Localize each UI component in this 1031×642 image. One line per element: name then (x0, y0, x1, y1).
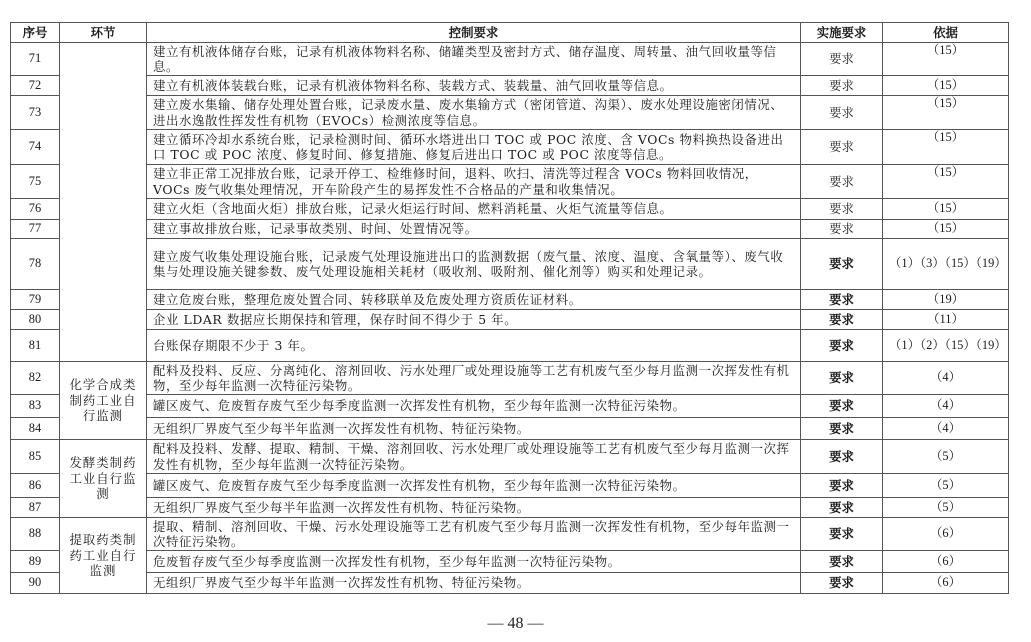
row-no: 86 (11, 474, 60, 498)
table-row: 82 化学合成类制药工业自行监测 配料及投料、反应、分离纯化、溶剂回收、污水处理… (11, 362, 1009, 395)
row-no: 89 (11, 551, 60, 573)
header-basis: 依据 (883, 23, 1009, 43)
table-row: 90 无组织厂界废气至少每半年监测一次挥发性有机物、特征污染物。 要求 （6） (11, 573, 1009, 594)
row-no: 74 (11, 130, 60, 165)
table-row: 74 建立循环冷却水系统台账，记录检测时间、循环水塔进出口 TOC 或 POC … (11, 130, 1009, 165)
requirements-table: 序号 环节 控制要求 实施要求 依据 71 建立有机液体储存台账，记录有机液体物… (10, 22, 1009, 594)
row-implementation: 要求 (801, 290, 883, 310)
row-basis: （4） (883, 418, 1009, 440)
table-row: 80 企业 LDAR 数据应长期保持和管理，保存时间不得少于 5 年。 要求 （… (11, 310, 1009, 330)
row-requirement: 建立废气收集处理设施台账，记录废气处理设施进出口的监测数据（废气量、浓度、温度、… (147, 239, 801, 290)
header-requirement: 控制要求 (147, 23, 801, 43)
row-basis: （4） (883, 395, 1009, 418)
row-requirement: 建立危废台账，整理危废处置合同、转移联单及危废处理方资质佐证材料。 (147, 290, 801, 310)
row-basis: （5） (883, 440, 1009, 474)
row-requirement: 危废暂存废气至少每季度监测一次挥发性有机物，至少每年监测一次特征污染物。 (147, 551, 801, 573)
row-basis: （5） (883, 498, 1009, 518)
row-requirement: 建立废水集输、储存处理处置台账，记录废水量、废水集输方式（密闭管道、沟渠）、废水… (147, 96, 801, 130)
row-no: 76 (11, 199, 60, 220)
row-basis: （15） (883, 130, 1009, 165)
row-no: 87 (11, 498, 60, 518)
row-basis: （5） (883, 474, 1009, 498)
row-implementation: 要求 (801, 239, 883, 290)
table-row: 81 台账保存期限不少于 3 年。 要求 （1）（2）（15）（19） (11, 330, 1009, 362)
section-cell (60, 43, 147, 362)
row-implementation: 要求 (801, 310, 883, 330)
row-no: 82 (11, 362, 60, 395)
row-implementation: 要求 (801, 474, 883, 498)
row-no: 78 (11, 239, 60, 290)
table-row: 76 建立火炬（含地面火炬）排放台账，记录火炬运行时间、燃料消耗量、火炬气流量等… (11, 199, 1009, 220)
page-number: — 48 — (0, 615, 1031, 633)
row-requirement: 企业 LDAR 数据应长期保持和管理，保存时间不得少于 5 年。 (147, 310, 801, 330)
table-row: 78 建立废气收集处理设施台账，记录废气处理设施进出口的监测数据（废气量、浓度、… (11, 239, 1009, 290)
table-row: 89 危废暂存废气至少每季度监测一次挥发性有机物，至少每年监测一次特征污染物。 … (11, 551, 1009, 573)
table-row: 79 建立危废台账，整理危废处置合同、转移联单及危废处理方资质佐证材料。 要求 … (11, 290, 1009, 310)
table-row: 87 无组织厂界废气至少每半年监测一次挥发性有机物、特征污染物。 要求 （5） (11, 498, 1009, 518)
row-no: 71 (11, 43, 60, 76)
row-implementation: 要求 (801, 498, 883, 518)
row-basis: （15） (883, 96, 1009, 130)
row-no: 90 (11, 573, 60, 594)
row-basis: （6） (883, 573, 1009, 594)
row-no: 81 (11, 330, 60, 362)
row-implementation: 要求 (801, 395, 883, 418)
row-requirement: 建立有机液体储存台账，记录有机液体物料名称、储罐类型及密封方式、储存温度、周转量… (147, 43, 801, 76)
row-no: 85 (11, 440, 60, 474)
header-section: 环节 (60, 23, 147, 43)
row-no: 83 (11, 395, 60, 418)
row-no: 75 (11, 165, 60, 199)
row-requirement: 提取、精制、溶剂回收、干燥、污水处理设施等工艺有机废气至少每月监测一次挥发性有机… (147, 518, 801, 551)
table-row: 85 发酵类制药工业自行监测 配料及投料、发酵、提取、精制、干燥、溶剂回收、污水… (11, 440, 1009, 474)
row-basis: （15） (883, 199, 1009, 220)
row-no: 88 (11, 518, 60, 551)
table-row: 77 建立事故排放台账，记录事故类别、时间、处置情况等。 要求 （15） (11, 220, 1009, 239)
row-basis: （19） (883, 290, 1009, 310)
row-implementation: 要求 (801, 199, 883, 220)
row-implementation: 要求 (801, 130, 883, 165)
header-implementation: 实施要求 (801, 23, 883, 43)
row-implementation: 要求 (801, 76, 883, 96)
table-row: 72 建立有机液体装载台账，记录有机液体物料名称、装载方式、装载量、油气回收量等… (11, 76, 1009, 96)
table-row: 86 罐区废气、危废暂存废气至少每季度监测一次挥发性有机物，至少每年监测一次特征… (11, 474, 1009, 498)
row-basis: （11） (883, 310, 1009, 330)
row-requirement: 配料及投料、发酵、提取、精制、干燥、溶剂回收、污水处理厂或处理设施等工艺有机废气… (147, 440, 801, 474)
row-basis: （15） (883, 43, 1009, 76)
table-row: 71 建立有机液体储存台账，记录有机液体物料名称、储罐类型及密封方式、储存温度、… (11, 43, 1009, 76)
row-requirement: 建立循环冷却水系统台账，记录检测时间、循环水塔进出口 TOC 或 POC 浓度、… (147, 130, 801, 165)
row-requirement: 无组织厂界废气至少每半年监测一次挥发性有机物、特征污染物。 (147, 498, 801, 518)
row-implementation: 要求 (801, 362, 883, 395)
row-implementation: 要求 (801, 165, 883, 199)
row-requirement: 罐区废气、危废暂存废气至少每季度监测一次挥发性有机物，至少每年监测一次特征污染物… (147, 395, 801, 418)
row-basis: （6） (883, 551, 1009, 573)
row-no: 73 (11, 96, 60, 130)
section-chemical-synthesis: 化学合成类制药工业自行监测 (60, 362, 147, 440)
row-implementation: 要求 (801, 220, 883, 239)
table-row: 88 提取药类制药工业自行监测 提取、精制、溶剂回收、干燥、污水处理设施等工艺有… (11, 518, 1009, 551)
row-implementation: 要求 (801, 330, 883, 362)
row-basis: （15） (883, 220, 1009, 239)
row-requirement: 建立火炬（含地面火炬）排放台账，记录火炬运行时间、燃料消耗量、火炬气流量等信息。 (147, 199, 801, 220)
row-no: 84 (11, 418, 60, 440)
row-requirement: 建立非正常工况排放台账，记录开停工、检维修时间，退料、吹扫、清洗等过程含 VOC… (147, 165, 801, 199)
row-implementation: 要求 (801, 518, 883, 551)
row-implementation: 要求 (801, 43, 883, 76)
row-basis: （1）（3）（15）（19） (883, 239, 1009, 290)
row-implementation: 要求 (801, 440, 883, 474)
table-row: 84 无组织厂界废气至少每半年监测一次挥发性有机物、特征污染物。 要求 （4） (11, 418, 1009, 440)
row-basis: （15） (883, 165, 1009, 199)
table-row: 73 建立废水集输、储存处理处置台账，记录废水量、废水集输方式（密闭管道、沟渠）… (11, 96, 1009, 130)
row-no: 79 (11, 290, 60, 310)
row-implementation: 要求 (801, 418, 883, 440)
row-requirement: 罐区废气、危废暂存废气至少每季度监测一次挥发性有机物，至少每年监测一次特征污染物… (147, 474, 801, 498)
row-requirement: 无组织厂界废气至少每半年监测一次挥发性有机物、特征污染物。 (147, 573, 801, 594)
section-fermentation: 发酵类制药工业自行监测 (60, 440, 147, 518)
row-basis: （15） (883, 76, 1009, 96)
table-row: 83 罐区废气、危废暂存废气至少每季度监测一次挥发性有机物，至少每年监测一次特征… (11, 395, 1009, 418)
row-requirement: 台账保存期限不少于 3 年。 (147, 330, 801, 362)
section-extraction: 提取药类制药工业自行监测 (60, 518, 147, 594)
row-no: 80 (11, 310, 60, 330)
table-header-row: 序号 环节 控制要求 实施要求 依据 (11, 23, 1009, 43)
row-requirement: 建立有机液体装载台账，记录有机液体物料名称、装载方式、装载量、油气回收量等信息。 (147, 76, 801, 96)
header-no: 序号 (11, 23, 60, 43)
row-requirement: 建立事故排放台账，记录事故类别、时间、处置情况等。 (147, 220, 801, 239)
row-no: 77 (11, 220, 60, 239)
row-basis: （6） (883, 518, 1009, 551)
row-implementation: 要求 (801, 551, 883, 573)
row-implementation: 要求 (801, 573, 883, 594)
row-basis: （4） (883, 362, 1009, 395)
row-requirement: 配料及投料、反应、分离纯化、溶剂回收、污水处理厂或处理设施等工艺有机废气至少每月… (147, 362, 801, 395)
table-row: 75 建立非正常工况排放台账，记录开停工、检维修时间，退料、吹扫、清洗等过程含 … (11, 165, 1009, 199)
row-no: 72 (11, 76, 60, 96)
row-requirement: 无组织厂界废气至少每半年监测一次挥发性有机物、特征污染物。 (147, 418, 801, 440)
row-basis: （1）（2）（15）（19） (883, 330, 1009, 362)
row-implementation: 要求 (801, 96, 883, 130)
